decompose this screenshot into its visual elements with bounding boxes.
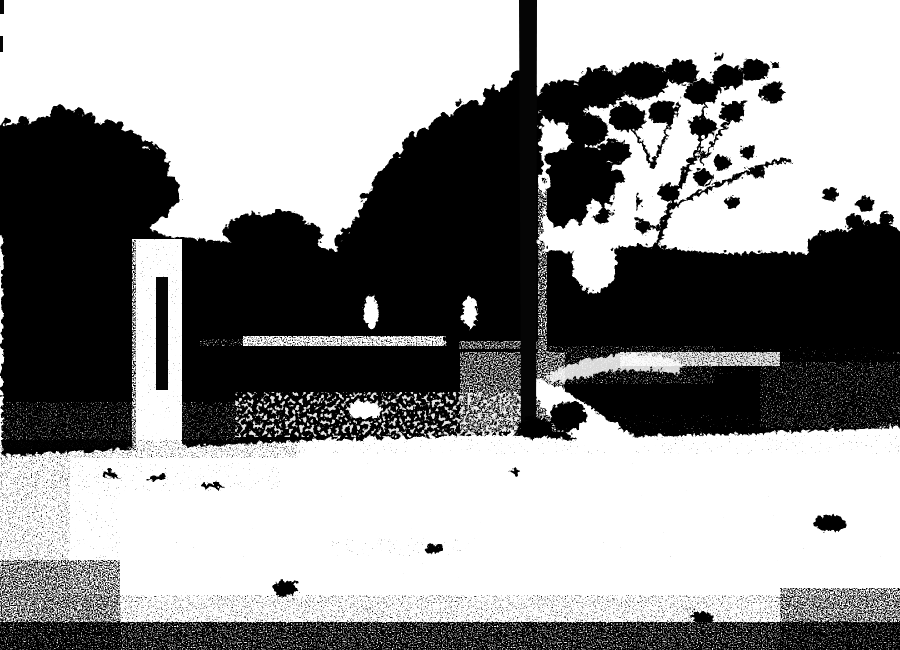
grass-clump [548, 399, 584, 429]
dirt-road-foreground [0, 430, 900, 650]
doorway-post [156, 277, 168, 390]
photograph [0, 0, 900, 650]
small-tree-trunk [443, 286, 457, 354]
pole [519, 0, 537, 435]
photo-canvas [0, 0, 900, 650]
pole-highlight [538, 175, 547, 430]
